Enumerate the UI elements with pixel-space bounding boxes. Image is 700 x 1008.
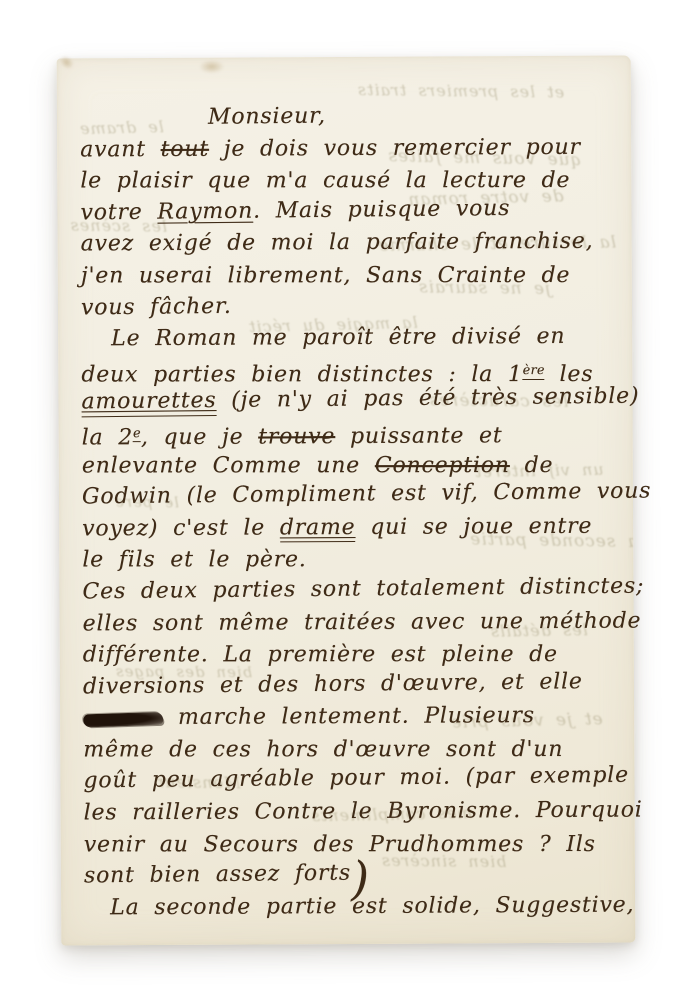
letter-text: qui se joue entre — [355, 513, 592, 539]
letter-line: marche lentement. Plusieurs — [83, 700, 627, 734]
letter-body: Monsieur,avant tout je dois vous remerci… — [80, 100, 628, 924]
letter-line: avez exigé de moi la parfaite franchise, — [81, 226, 625, 260]
letter-line: sont bien assez forts) — [84, 855, 628, 892]
letter-line: Le Roman me paroît être divisé en — [111, 321, 625, 355]
letter-text: sont bien assez forts — [84, 861, 351, 889]
letter-line: votre Raymon. Mais puisque vous — [80, 191, 624, 228]
letter-text: votre — [80, 199, 157, 225]
letter-text: ) — [351, 851, 370, 905]
letter-text: elles sont même traitées avec une méthod… — [83, 608, 642, 636]
letter-text: les railleries Contre le Byronisme. Pour… — [84, 798, 643, 826]
letter-text: avant — [80, 137, 161, 162]
letter-text: la 2 — [82, 425, 133, 450]
underlined-word: Raymon — [157, 198, 253, 224]
letter-text: Godwin (le Compliment est vif, Comme vou… — [82, 479, 651, 510]
letter-line: avant tout je dois vous remercier pour — [80, 131, 624, 165]
letter-text: le plaisir que m'a causé la lecture de — [80, 168, 570, 193]
letter-line: elles sont même traitées avec une méthod… — [83, 605, 627, 639]
letter-line: voyez) c'est le drame qui se joue entre — [82, 510, 626, 544]
letter-text: venir au Secours des Prudhommes ? Ils — [84, 832, 596, 857]
letter-text: . Mais puisque vous — [253, 196, 510, 224]
letter-text: le fils et le père. — [82, 547, 306, 572]
letter-text: même de ces hors d'œuvre sont d'un — [83, 737, 563, 762]
letter-paper: et les premiers traitsle drameque vous m… — [57, 56, 636, 946]
letter-text: , que je — [141, 424, 258, 450]
struck-word: trouve — [258, 424, 335, 449]
ink-scribble-blot — [83, 712, 163, 728]
letter-line: la 2e, que je trouve puissante et — [82, 415, 626, 449]
letter-text: puissante et — [335, 423, 502, 449]
letter-line: diversions et des hors d'œuvre, et elle — [83, 665, 627, 702]
letter-text: voyez) c'est le — [82, 515, 280, 541]
letter-line: Ces deux parties sont totalement distinc… — [82, 571, 626, 608]
photo-background: et les premiers traitsle drameque vous m… — [0, 0, 700, 1008]
letter-text: Monsieur, — [208, 103, 326, 129]
letter-text: marche lentement. Plusieurs — [163, 703, 535, 730]
letter-line: les railleries Contre le Byronisme. Pour… — [84, 795, 628, 829]
letter-text: je dois vous remercier pour — [209, 134, 581, 161]
underlined-word: drame — [280, 515, 356, 543]
letter-text: vous fâcher. — [81, 293, 232, 320]
letter-text: Le Roman me paroît être divisé en — [111, 324, 565, 351]
letter-line: Monsieur, — [208, 97, 624, 133]
letter-text: Ces deux parties sont totalement distinc… — [82, 573, 644, 604]
letter-text: La seconde partie est solide, Suggestive… — [110, 892, 634, 920]
letter-text: de — [510, 453, 554, 478]
letter-line: amourettes (je n'y ai pas été très sensi… — [81, 381, 625, 418]
letter-line: Godwin (le Compliment est vif, Comme vou… — [82, 476, 626, 513]
underlined-word: ère — [523, 363, 545, 380]
letter-line: vous fâcher. — [81, 286, 625, 323]
letter-text: goût peu agréable pour moi. (par exemple — [83, 763, 629, 794]
letter-text: différente. La première est pleine de — [83, 642, 558, 667]
letter-text: avez exigé de moi la parfaite franchise, — [81, 229, 594, 257]
letter-text: diversions et des hors d'œuvre, et elle — [83, 669, 583, 699]
letter-text: (je n'y ai pas été très sensible) — [216, 384, 639, 413]
letter-line: goût peu agréable pour moi. (par exemple — [83, 760, 627, 797]
underlined-word: amourettes — [81, 388, 216, 417]
struck-word: tout — [161, 136, 209, 161]
letter-text: enlevante Comme une — [82, 453, 375, 478]
struck-word: Conception — [375, 453, 510, 478]
letter-text: j'en userai librement, Sans Crainte de — [81, 263, 570, 288]
